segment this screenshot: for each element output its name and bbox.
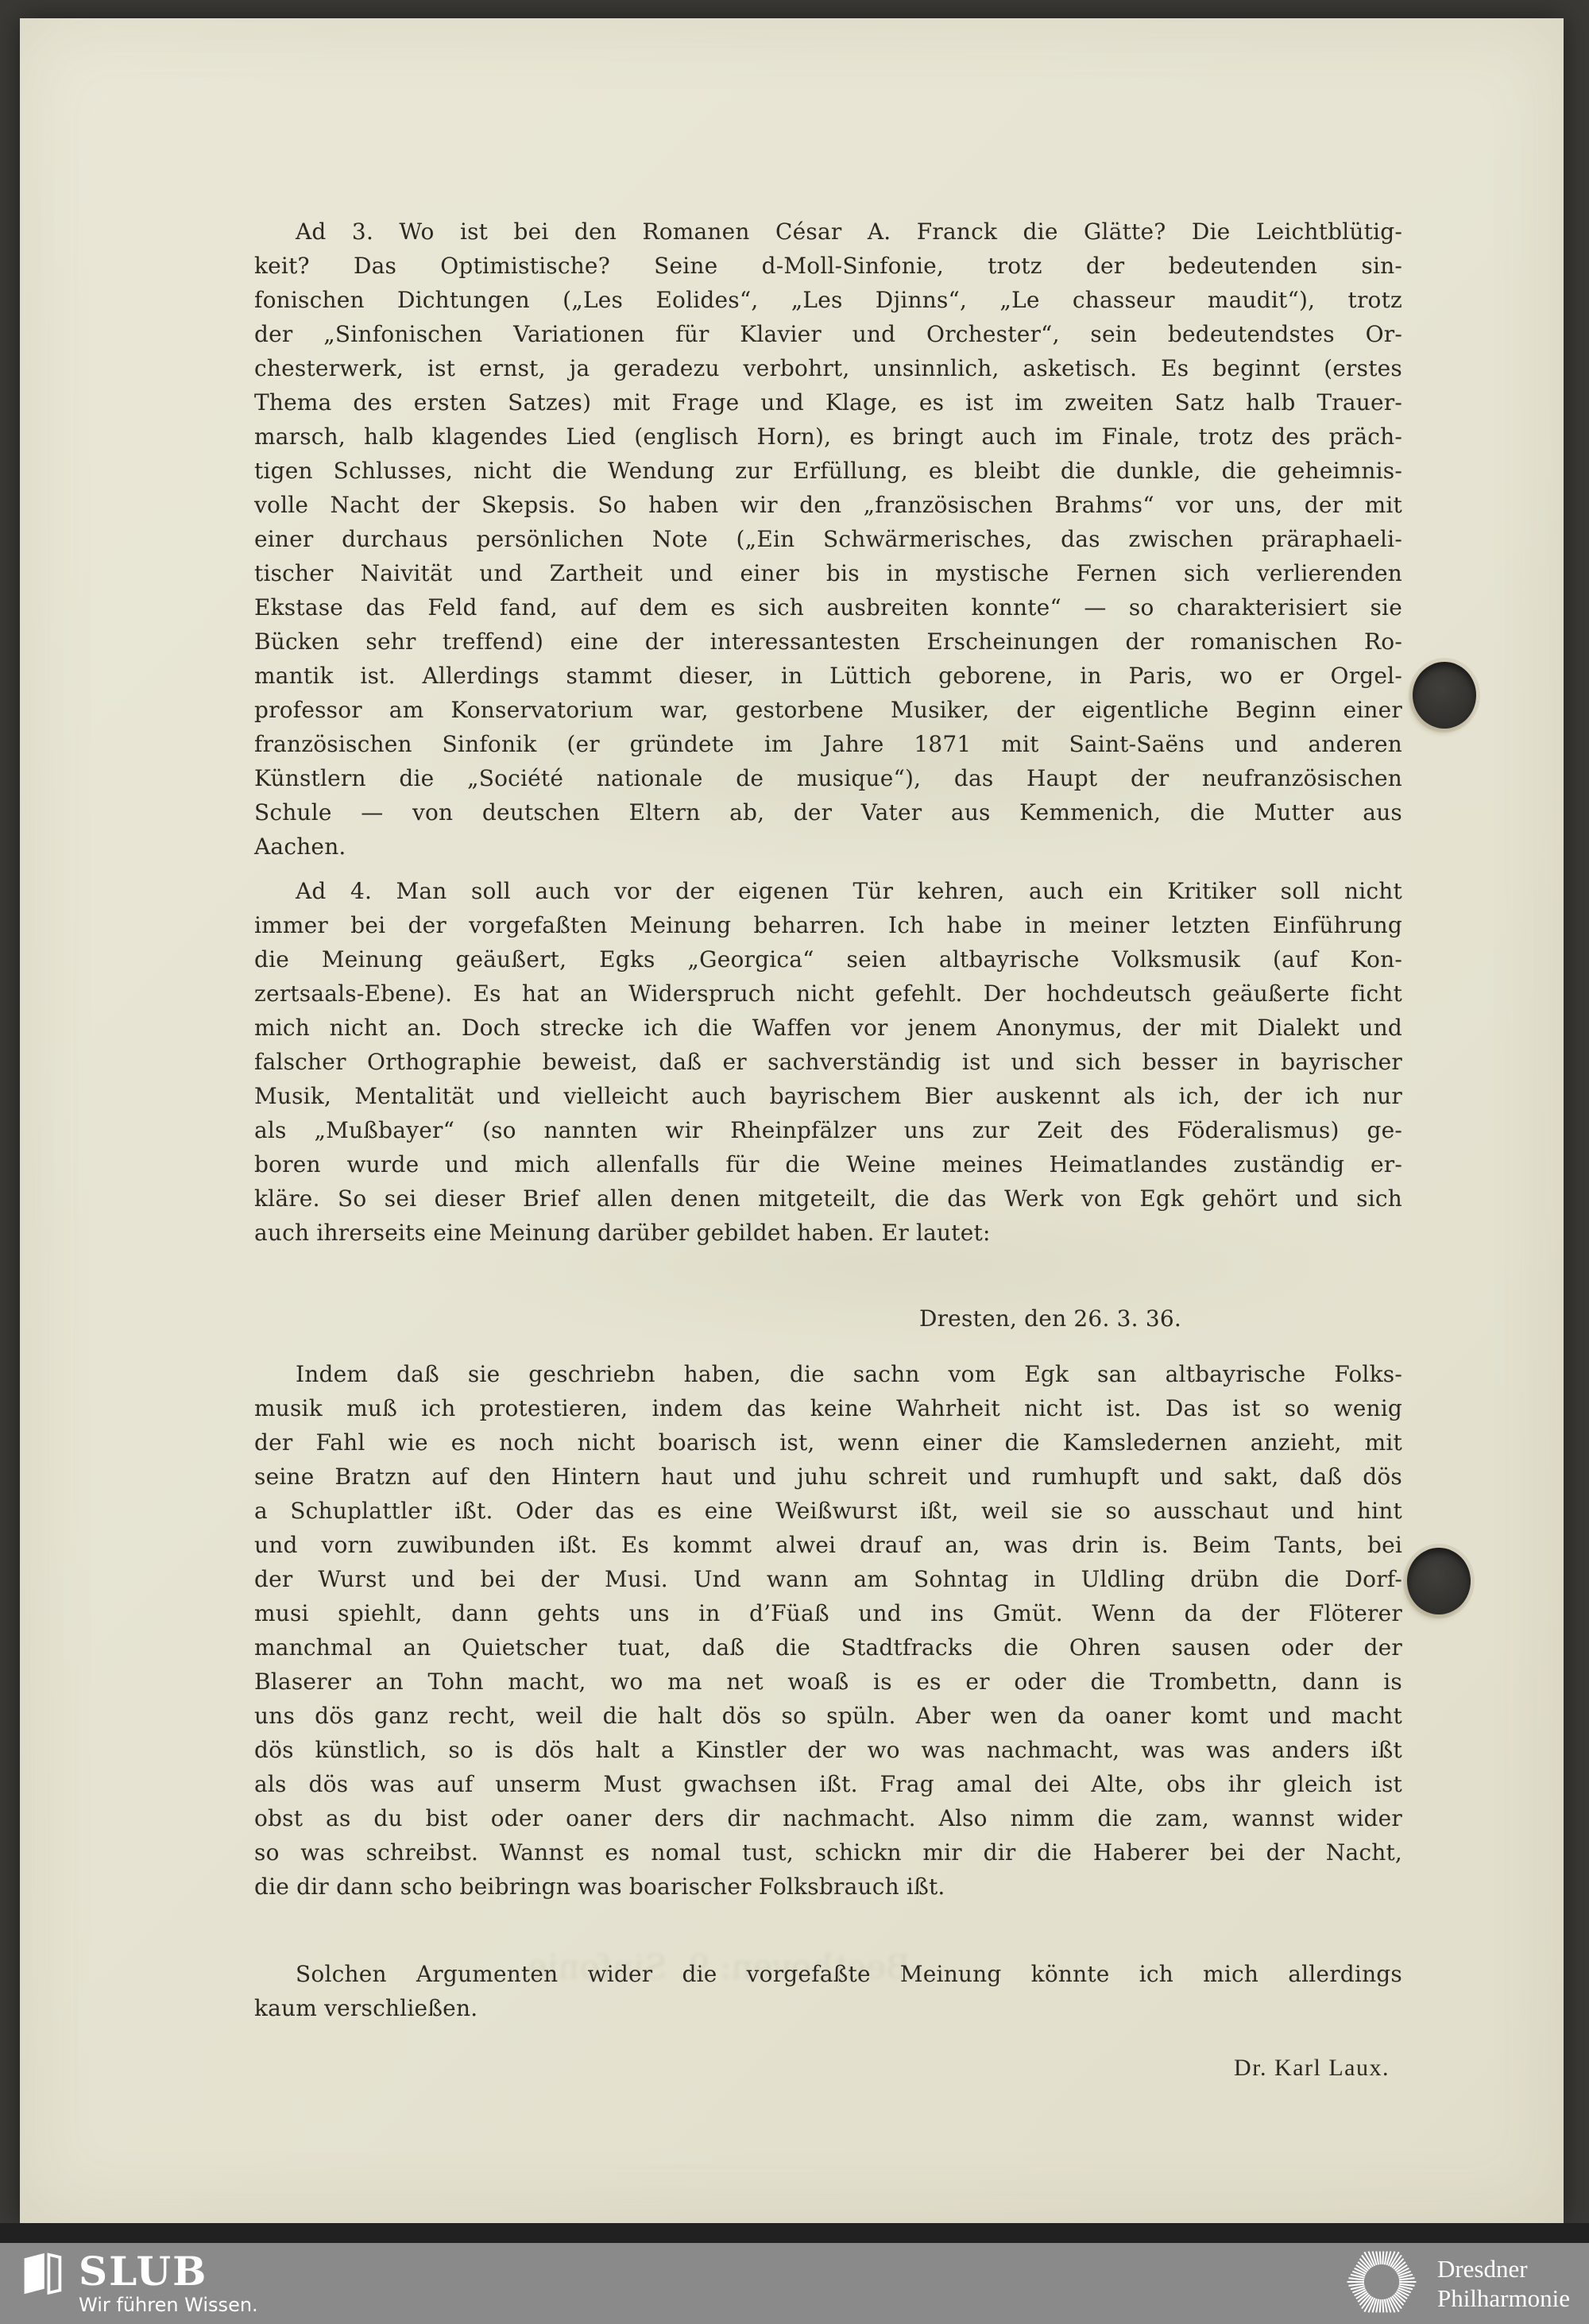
text-line: kaum verschließen. [254,1991,1402,2025]
text-line: Blaserer an Tohn macht, wo ma net woaß i… [254,1665,1402,1699]
philharmonie-wordmark-line2: Philharmonie [1437,2283,1570,2313]
punch-hole-top [1413,662,1476,729]
text-line: Künstlern die „Société nationale de musi… [254,761,1402,795]
text-line: marsch, halb klagendes Lied (englisch Ho… [254,420,1402,454]
text-line: tigen Schlusses, nicht die Wendung zur E… [254,454,1402,488]
text-line: tischer Naivität und Zartheit und einer … [254,556,1402,590]
text-line: der Wurst und bei der Musi. Und wann am … [254,1562,1402,1596]
text-line: keit? Das Optimistische? Seine d-Moll-Si… [254,249,1402,283]
text-line: Musik, Mentalität und vielleicht auch ba… [254,1079,1402,1113]
text-line: Ad 3. Wo ist bei den Romanen César A. Fr… [254,215,1402,249]
slub-logo[interactable]: SLUB Wir führen Wissen. [20,2252,258,2316]
text-line: Ad 4. Man soll auch vor der eigenen Tür … [254,874,1402,908]
text-line: als „Mußbayer“ (so nannten wir Rheinpfäl… [254,1113,1402,1147]
signature: Dr. Karl Laux. [254,2051,1402,2085]
text-line: der „Sinfonischen Variationen für Klavie… [254,317,1402,351]
text-line: so was schreibst. Wannst es nomal tust, … [254,1835,1402,1870]
text-line: immer bei der vorgefaßten Meinung beharr… [254,908,1402,942]
text-line: fonischen Dichtungen („Les Eolides“, „Le… [254,283,1402,317]
text-line: und vorn zuwibunden ißt. Es kommt alwei … [254,1528,1402,1562]
punch-hole-bottom [1407,1548,1471,1614]
viewer-footer-bar: SLUB Wir führen Wissen. Dresdner Philhar… [0,2243,1589,2324]
text-line: volle Nacht der Skepsis. So haben wir de… [254,488,1402,522]
text-line: Bücken sehr treffend) eine der interessa… [254,625,1402,659]
closing-paragraph: Solchen Argumenten wider die vorgefaßte … [254,1957,1402,2025]
text-line: französischen Sinfonik (er gründete im J… [254,727,1402,761]
slub-tagline: Wir führen Wissen. [79,2294,258,2316]
philharmonie-wordmark-line1: Dresdner [1437,2254,1570,2283]
text-line: musik muß ich protestieren, indem das ke… [254,1391,1402,1425]
text-line: chesterwerk, ist ernst, ja geradezu verb… [254,351,1402,385]
text-line: Ekstase das Feld fand, auf dem es sich a… [254,590,1402,625]
scanned-page: Ad 3. Wo ist bei den Romanen César A. Fr… [20,18,1564,2223]
text-line: Schule — von deutschen Eltern ab, der Va… [254,795,1402,829]
text-line: falscher Orthographie beweist, daß er sa… [254,1045,1402,1079]
text-line: uns dös ganz recht, weil die halt dös so… [254,1699,1402,1733]
text-line: obst as du bist oder oaner ders dir nach… [254,1801,1402,1835]
slub-wordmark: SLUB [79,2252,258,2291]
text-line: Solchen Argumenten wider die vorgefaßte … [254,1957,1402,1991]
text-line: einer durchaus persönlichen Note („Ein S… [254,522,1402,556]
text-line: kläre. So sei dieser Brief allen denen m… [254,1181,1402,1216]
dateline: Dresten, den 26. 3. 36. [254,1301,1402,1336]
open-book-icon [20,2252,64,2299]
starburst-icon [1343,2244,1420,2323]
text-line: die Meinung geäußert, Egks „Georgica“ se… [254,942,1402,976]
text-line: der Fahl wie es noch nicht boarisch ist,… [254,1425,1402,1460]
text-line: als dös was auf unserm Must gwachsen ißt… [254,1767,1402,1801]
text-line: auch ihrerseits eine Meinung darüber geb… [254,1216,1402,1250]
text-line: a Schuplattler ißt. Oder das es eine Wei… [254,1494,1402,1528]
text-line: Aachen. [254,829,1402,864]
text-line: professor am Konservatorium war, gestorb… [254,693,1402,727]
text-line: musi spiehlt, dann gehts uns in d’Füaß u… [254,1596,1402,1630]
text-line: mantik ist. Allerdings stammt dieser, in… [254,659,1402,693]
letter-body: Indem daß sie geschriebn haben, die sach… [254,1357,1402,1904]
text-line: zertsaals-Ebene). Es hat an Widerspruch … [254,976,1402,1011]
text-line: die dir dann scho beibringn was boarisch… [254,1870,1402,1904]
text-line: boren wurde und mich allenfalls für die … [254,1147,1402,1181]
text-line: Thema des ersten Satzes) mit Frage und K… [254,385,1402,420]
viewer-background: { "document": { "paragraph_ad3": [ "Ad 3… [0,0,1589,2324]
paragraph-ad3: Ad 3. Wo ist bei den Romanen César A. Fr… [254,215,1402,864]
text-line: Indem daß sie geschriebn haben, die sach… [254,1357,1402,1391]
text-line: mich nicht an. Doch strecke ich die Waff… [254,1011,1402,1045]
text-line: seine Bratzn auf den Hintern haut und ju… [254,1460,1402,1494]
text-line: manchmal an Quietscher tuat, daß die Sta… [254,1630,1402,1665]
dresdner-philharmonie-logo[interactable]: Dresdner Philharmonie [1343,2244,1570,2323]
paragraph-ad4: Ad 4. Man soll auch vor der eigenen Tür … [254,874,1402,1250]
text-line: dös künstlich, so is dös halt a Kinstler… [254,1733,1402,1767]
